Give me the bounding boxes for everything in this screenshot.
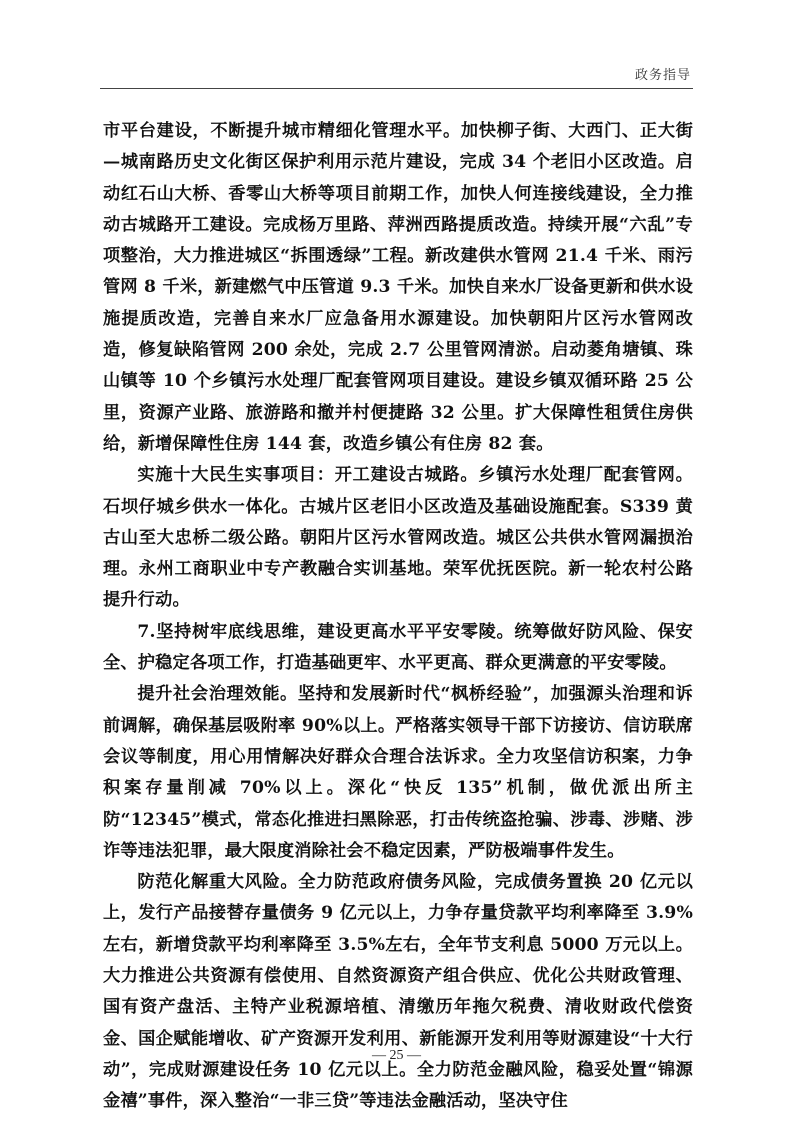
- paragraph-urban-construction: 市平台建设，不断提升城市精细化管理水平。加快柳子街、大西门、正大街—城南路历史文…: [103, 116, 693, 460]
- section-title: 政务指导: [635, 64, 691, 83]
- paragraph-livelihood-projects: 实施十大民生实事项目：开工建设古城路。乡镇污水处理厂配套管网。石坝仔城乡供水一体…: [103, 460, 693, 616]
- page-number: — 25 —: [0, 1048, 793, 1064]
- document-body: 市平台建设，不断提升城市精细化管理水平。加快柳子街、大西门、正大街—城南路历史文…: [103, 116, 693, 1118]
- paragraph-risk-prevention: 防范化解重大风险。全力防范政府债务风险，完成债务置换 20 亿元以上，发行产品接…: [103, 867, 693, 1117]
- paragraph-social-governance: 提升社会治理效能。坚持和发展新时代“枫桥经验”，加强源头治理和诉前调解，确保基层…: [103, 679, 693, 867]
- page-header: 政务指导: [100, 64, 693, 89]
- paragraph-section-7-heading: 7.坚持树牢底线思维，建设更高水平平安零陵。统筹做好防风险、保安全、护稳定各项工…: [103, 617, 693, 680]
